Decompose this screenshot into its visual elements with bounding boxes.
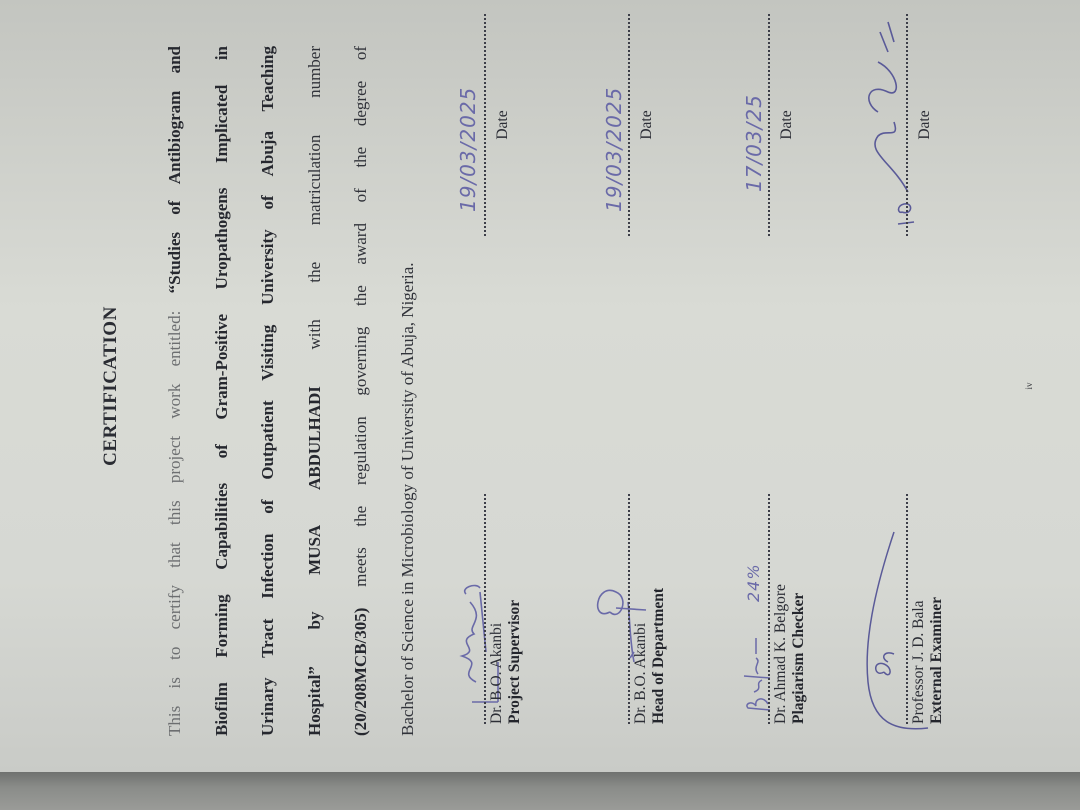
paragraph-line-1: This is to certify that this project wor…: [152, 46, 199, 736]
signature-line: [906, 494, 908, 724]
date-line: [484, 14, 486, 236]
paragraph-line-5: (20/208MCB/305) meets the regulation gov…: [338, 46, 385, 736]
signatory-name: Dr. Ahmad K. Belgore: [772, 494, 790, 724]
paragraph-line-2: Biofilm Forming Capabilities of Gram-Pos…: [199, 46, 246, 736]
signature-line: [484, 494, 486, 724]
signatory-plagiarism-checker: 24% Dr. Ahmad K. Belgore Plagiarism Chec…: [730, 0, 860, 772]
signatory-role: External Examiner: [928, 494, 946, 724]
page-title: CERTIFICATION: [100, 0, 122, 772]
signatory-role: Plagiarism Checker: [790, 494, 808, 724]
signatory-external-examiner: Professor J. D. Bala External Examiner D…: [868, 0, 998, 772]
date-label: Date: [494, 14, 512, 236]
date-line: [906, 14, 908, 236]
signatory-role: Project Supervisor: [506, 494, 524, 724]
signatory-name: Dr. B.O. Akanbi: [488, 494, 506, 724]
desk-surface: [0, 772, 1080, 810]
date-label: Date: [638, 14, 656, 236]
paragraph-line-3: Urinary Tract Infection of Outpatient Vi…: [245, 46, 292, 736]
date-line: [628, 14, 630, 236]
signature-line: [628, 494, 630, 724]
date-label: Date: [916, 14, 934, 236]
signatory-head-of-department: Dr. B.O. Akanbi Head of Department 19/03…: [590, 0, 720, 772]
signatory-role: Head of Department: [650, 494, 668, 724]
signatory-name: Professor J. D. Bala: [910, 494, 928, 724]
date-line: [768, 14, 770, 236]
paragraph-line-6: Bachelor of Science in Microbiology of U…: [385, 46, 432, 736]
certification-page: CERTIFICATION This is to certify that th…: [0, 0, 1080, 772]
signatory-project-supervisor: Dr. B.O. Akanbi Project Supervisor 19/03…: [446, 0, 576, 772]
signature-line: [768, 494, 770, 724]
paragraph-line-4: Hospital” by MUSA ABDULHADI with the mat…: [292, 46, 339, 736]
page-number: iv: [1024, 0, 1034, 772]
certification-paragraph: This is to certify that this project wor…: [152, 46, 431, 736]
signatory-name: Dr. B.O. Akanbi: [632, 494, 650, 724]
date-label: Date: [778, 14, 796, 236]
